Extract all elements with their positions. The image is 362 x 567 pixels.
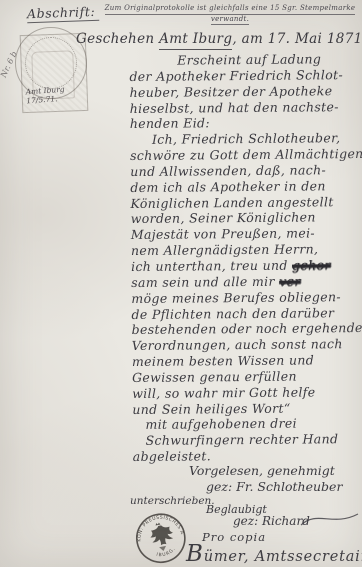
crossed-out-word: ver: [279, 273, 301, 288]
oath-line: Königlichen Landen angestellt: [130, 194, 361, 212]
oath-line: heuber, Besitzer der Apotheke: [129, 83, 360, 101]
stamp-duty-note-line2: verwandt.: [211, 15, 249, 25]
oath-line: Schwurfingern rechter Hand: [133, 431, 362, 449]
oath-line: schwöre zu Gott dem Allmächtigen: [130, 146, 361, 164]
signature-flourish: [299, 510, 361, 530]
closing-read-approved: Vorgelesen, genehmigt: [189, 463, 335, 478]
oath-text: Erscheint auf Ladung der Apotheker Fried…: [129, 51, 362, 465]
oath-line-text: sam sein und alle mir: [131, 274, 279, 290]
dateline: Geschehen Amt Iburg, am 17. Mai 1871.: [76, 31, 362, 47]
stamp-duty-note-line1: Zum Originalprotokolle ist gleichfalls e…: [105, 4, 356, 15]
oath-line: möge meines Berufes obliegen-: [131, 289, 362, 307]
dateline-date: , am 17. Mai 1871.: [232, 31, 362, 47]
oath-line: Verordnungen, auch sonst nach: [132, 336, 362, 354]
closing-subscribed: unterschrieben.: [130, 495, 215, 507]
oath-line-text: ich unterthan, treu und: [131, 258, 292, 274]
secretary-signature: Bümer, Amtssecretair:: [186, 541, 362, 567]
crossed-out-word: gehor: [292, 257, 331, 272]
oath-line: der Apotheker Friedrich Schlot-: [129, 67, 360, 85]
official-seal: KÖN: PREUSSISCHES AMT IBURG.: [125, 505, 199, 567]
dateline-place: Amt Iburg: [159, 31, 232, 50]
oath-line: ich unterthan, treu und gehor: [131, 257, 362, 275]
oath-line: hieselbst, und hat den nachste-: [130, 99, 361, 117]
closing-signed-name: gez: Fr. Schlotheuber: [206, 479, 342, 494]
dateline-prefix: Geschehen: [76, 31, 159, 47]
copy-label: Abschrift:: [27, 4, 100, 24]
stamp-annotation: Amt Iburg 17/5.71.: [25, 85, 65, 106]
document-page: Abschrift: Zum Originalprotokolle ist gl…: [0, 0, 362, 567]
stamp-duty-note: Zum Originalprotokolle ist gleichfalls e…: [102, 4, 358, 25]
